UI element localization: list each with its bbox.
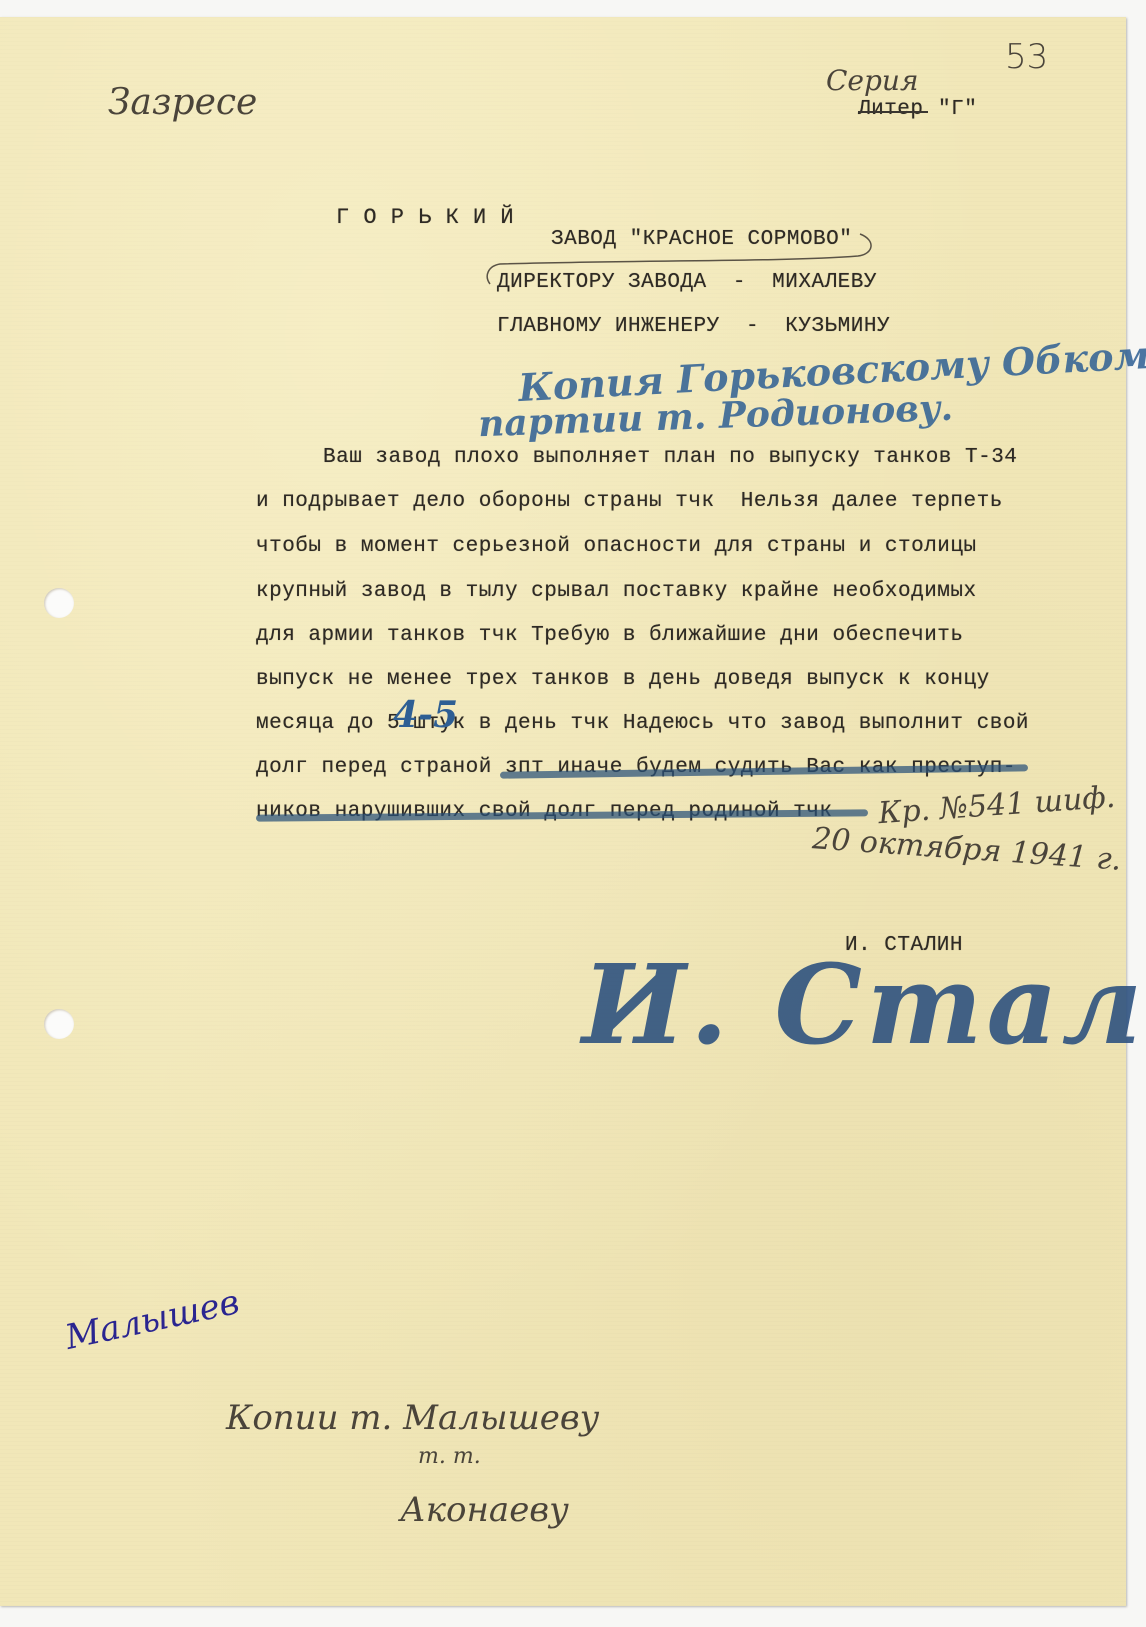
line7-after: штук в день тчк Надеюсь что завод выполн… xyxy=(400,712,1029,735)
body-line-4: крупный завод в тылу срывал поставку кра… xyxy=(256,580,977,603)
copy-note-line-3: Аконаеву xyxy=(400,1490,569,1530)
handwritten-signature: И. Сталин xyxy=(582,940,1146,1069)
punch-hole-bottom xyxy=(44,1009,74,1039)
body-line-3: чтобы в момент серьезной опасности для с… xyxy=(256,535,977,558)
body-line-7: месяца до 5 штук в день тчк Надеюсь что … xyxy=(256,712,1029,735)
liter-label-struck: Литер xyxy=(858,98,924,121)
recipient-chief-engineer: ГЛАВНОМУ ИНЖЕНЕРУ - КУЗЬМИНУ xyxy=(497,315,890,338)
body-line-5: для армии танков тчк Требую в ближайшие … xyxy=(256,624,964,647)
body-line-6: выпуск не менее трех танков в день довед… xyxy=(256,668,990,691)
quantity-correction: 4-5 xyxy=(393,694,458,736)
body-line-2: и подрывает дело обороны страны тчк Нель… xyxy=(256,490,1003,513)
line7-before: месяца до xyxy=(256,712,387,735)
recipient-director: ДИРЕКТОРУ ЗАВОДА - МИХАЛЕВУ xyxy=(497,271,877,294)
top-left-pencil-note: Зазресе xyxy=(108,82,257,123)
body-line-1: Ваш завод плохо выполняет план по выпуск… xyxy=(323,446,1017,469)
punch-hole-top xyxy=(44,588,74,618)
page-number: 53 xyxy=(1005,37,1048,77)
series-pencil-note: Серия xyxy=(826,64,919,97)
copy-note-line-2: т. т. xyxy=(418,1444,481,1469)
line8-before: долг перед страной xyxy=(256,756,505,779)
liter-value: "Г" xyxy=(938,98,977,121)
liter-strikethrough xyxy=(858,111,928,113)
copy-note-line-1: Копии т. Малышеву xyxy=(226,1398,599,1438)
